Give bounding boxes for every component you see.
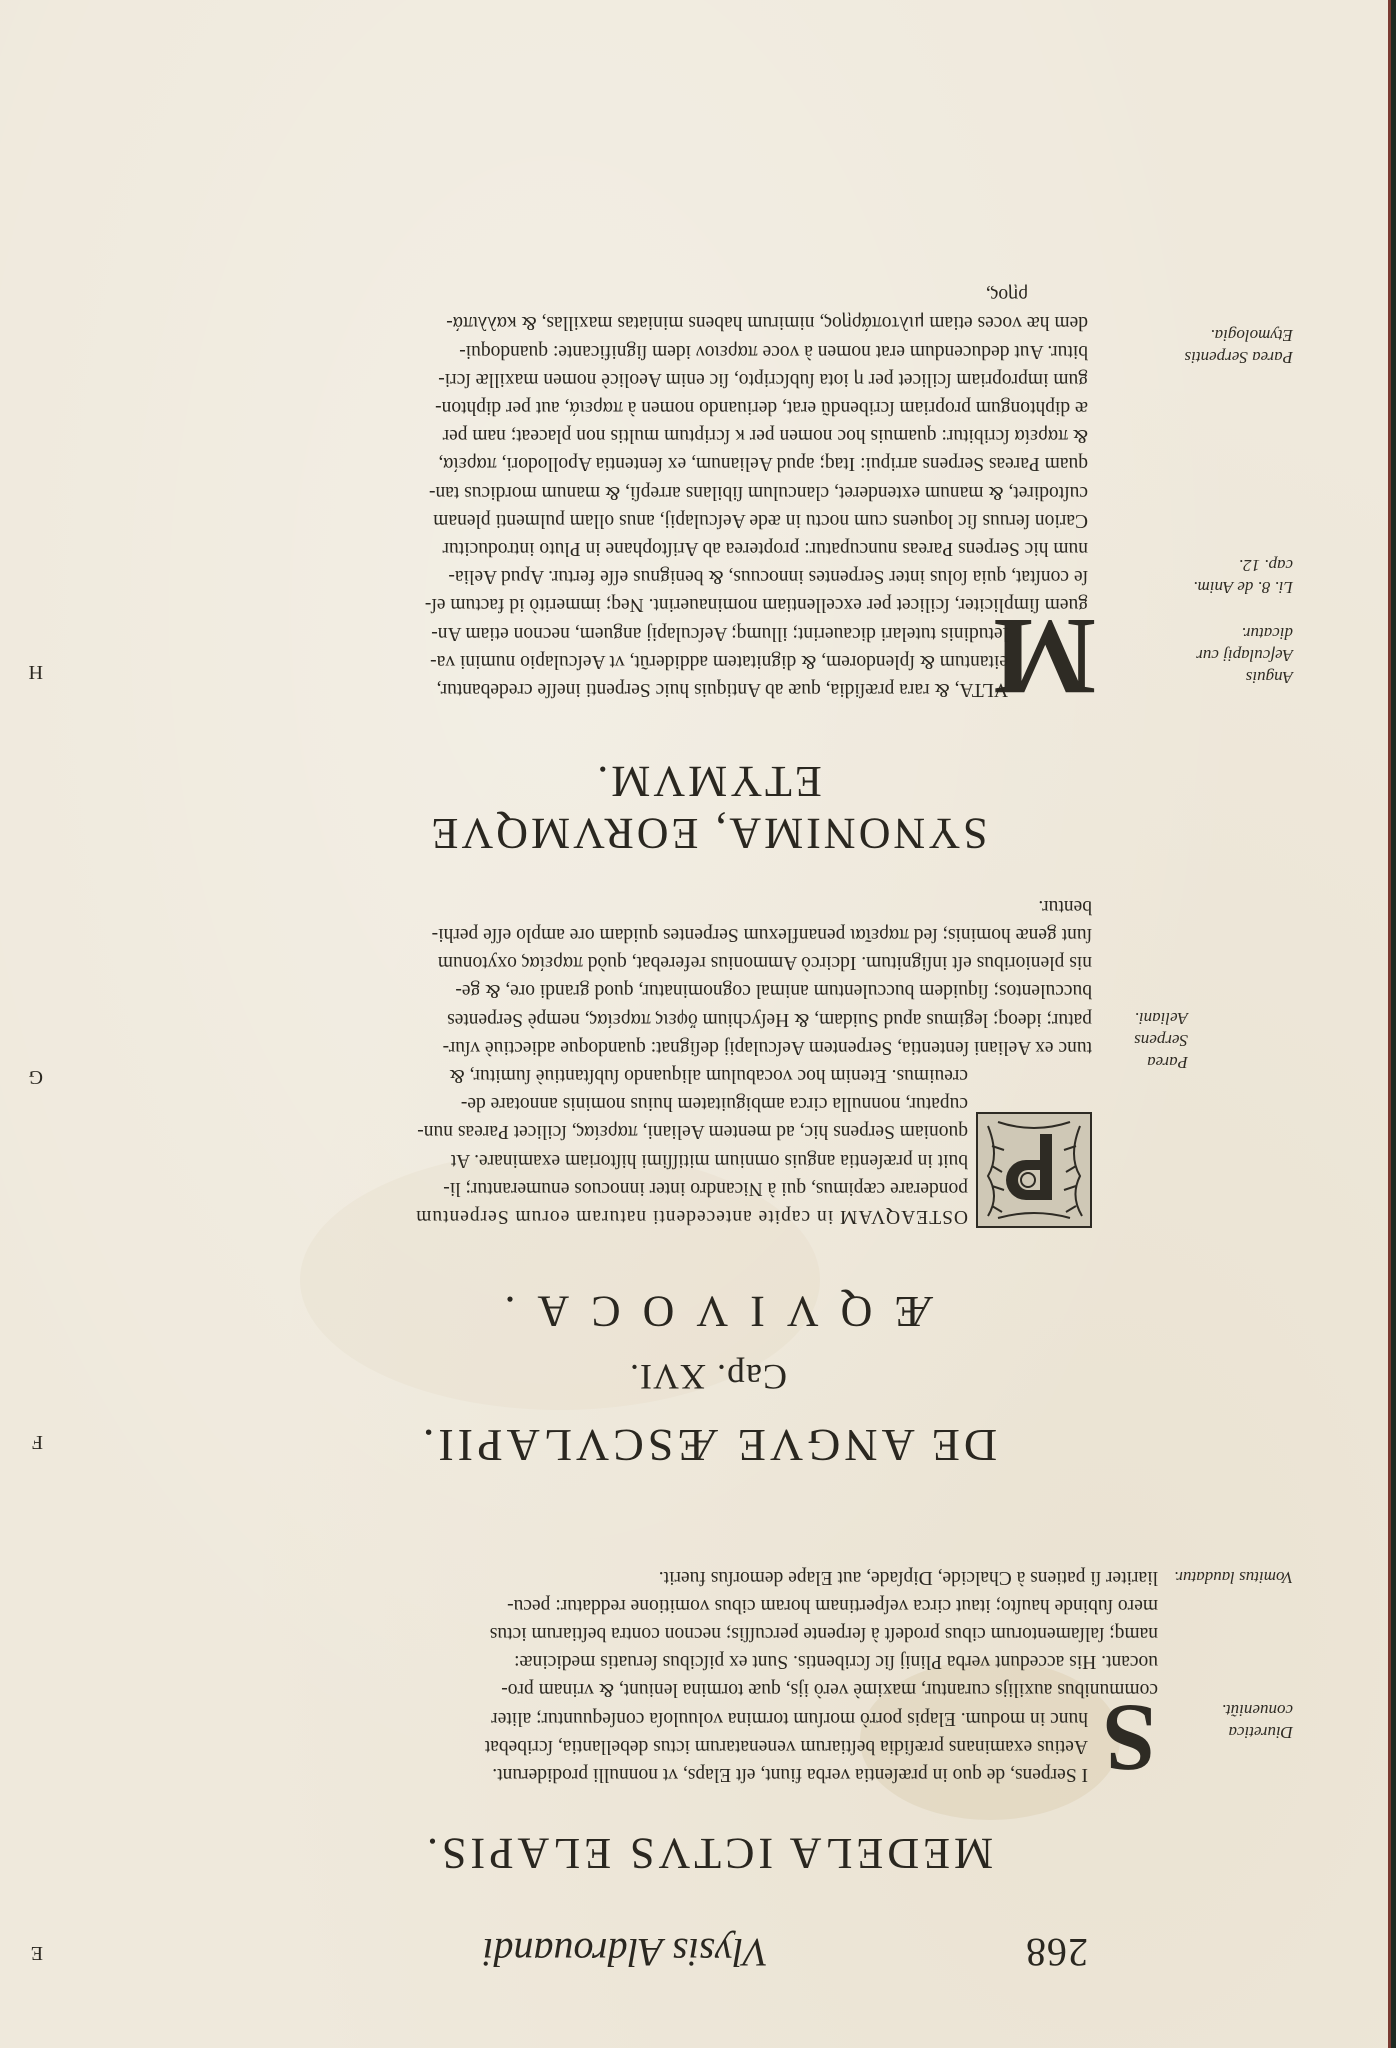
- text-line: Carion ſeruus ſic loquens cum noctu in æ…: [98, 506, 1088, 534]
- text-line: VLTA, & rara præſidia, quæ ab Antiquis h…: [98, 675, 1008, 703]
- text-line: quoniam Serpens hic, ad mentem Aeliani, …: [98, 1117, 968, 1145]
- text-line: ſunt genæ hominis; ſed παρεῖαι penanflex…: [98, 920, 1092, 948]
- text-line: ρῃος,: [98, 280, 1028, 308]
- text-line: & παρεία ſcribitur: quamuis hoc nomen pe…: [98, 421, 1088, 449]
- margin-note-reference: Li. 8. de Anim. cap. 12.: [1173, 554, 1293, 598]
- signature-mark-f: F: [32, 1430, 43, 1453]
- text-line: communibus auxilijs curantur, maximè ver…: [98, 1675, 1158, 1703]
- printed-content: 268 Vlysis Aldrouandi E MEDELA ICTVS ELA…: [0, 0, 1388, 2048]
- text-line: eitantum & ſplendorem, & dignitatem addi…: [98, 647, 1008, 675]
- text-line: creuimus. Etenim hoc vocabulum aliquando…: [98, 1061, 968, 1089]
- text-line: quam Pareas Serpens arripui: Itaq; apud …: [98, 449, 1088, 477]
- running-head-author: Vlysis Aldrouandi: [482, 1929, 768, 1976]
- text-line: liariter ſi patiens à Chalcide, Dipſade,…: [98, 1562, 1158, 1590]
- text-line: dem hæ voces etiam μιλτοπάρῃος, nimirum …: [98, 308, 1088, 336]
- chapter-title: DE ANGVE ÆSCVLAPII.: [258, 1420, 1158, 1470]
- text-line: buit in præſentia anguis omnium mitiſſim…: [98, 1145, 968, 1173]
- margin-note-vomitus: Vomitus laudatur.: [1173, 1566, 1293, 1588]
- text-line: Aetius examinans præſidia beſtiarum vene…: [98, 1732, 1088, 1760]
- margin-note-parea-serpens: Parea Serpens Aeliani.: [1098, 1007, 1188, 1073]
- signature-mark-h: H: [29, 660, 43, 683]
- text-line: letudinis tutelari dicauerint; illumq; A…: [98, 618, 1008, 646]
- section-heading-synonima: SYNONIMA, EORVMQVE: [258, 808, 1158, 858]
- paragraph-medela: I Serpens, de quo in præſentia verba fiu…: [98, 1562, 1088, 1788]
- margin-note-anguis-aesculapii: Anguis Aeſculapij cur dicatur.: [1173, 622, 1293, 688]
- page-number: 268: [1025, 1929, 1088, 1976]
- text-line: num hic Serpens Pareas nuncupatur: propt…: [98, 534, 1088, 562]
- text-line: mero ſubinde hauſto; itaut circa veſpert…: [98, 1591, 1158, 1619]
- paragraph-aequivoca: OSTEAQVAM in capite antecedenti naturam …: [98, 892, 1092, 1230]
- signature-mark-g: G: [29, 1065, 43, 1088]
- margin-note-etymologia: Parea Serpentis Etymologia.: [1173, 324, 1293, 368]
- text-line: patur; ideoq; legimus apud Suidam, & Heſ…: [98, 1004, 1092, 1032]
- signature-mark-e: E: [31, 1941, 43, 1964]
- scanned-page: 268 Vlysis Aldrouandi E MEDELA ICTVS ELA…: [0, 0, 1391, 2048]
- text-line: namq; ſalſamentorum cibus prodeſt à ſerp…: [98, 1619, 1158, 1647]
- text-line: uocant. His accedunt verba Plinij ſic ſc…: [98, 1647, 1158, 1675]
- text-line: nis plenioribus eſt inſignitum. Idcircò …: [98, 948, 1092, 976]
- text-line: hunc in modum. Elapis porrò morſum tormi…: [98, 1703, 1088, 1731]
- text-line: bucculentos; ſiquidem bucculentum animal…: [98, 976, 1092, 1004]
- subheading-aequivoca: ÆQVIVOCA.: [258, 1286, 1158, 1336]
- text-line: gum impropriam ſcilicet per η iota ſubſc…: [98, 365, 1088, 393]
- paragraph-synonima: VLTA, & rara præſidia, quæ ab Antiquis h…: [98, 280, 1088, 703]
- running-head: 268 Vlysis Aldrouandi: [0, 1926, 1388, 1976]
- text-line: bentur.: [98, 892, 1092, 920]
- section-heading-medela: MEDELA ICTVS ELAPIS.: [258, 1828, 1158, 1878]
- text-line: ponderare cæpimus, qui à Nicandro inter …: [98, 1174, 968, 1202]
- text-line: guem ſimpliciter, ſcilicet per excellent…: [98, 590, 1088, 618]
- text-line: bitur. Aut deducendum erat nomen à voce …: [98, 336, 1088, 364]
- text-line: I Serpens, de quo in præſentia verba fiu…: [98, 1760, 1088, 1788]
- text-line: ſe conſtat, quia ſolus inter Serpentes i…: [98, 562, 1088, 590]
- text-line: cupatur, nonnulla circa ambiguitatem hui…: [98, 1089, 968, 1117]
- margin-note-diuretica: Diuretica conueniũt.: [1173, 1699, 1293, 1743]
- chapter-number: Cap. XVI.: [258, 1356, 1158, 1398]
- section-heading-etymum: ETYMVM.: [258, 756, 1158, 806]
- text-line: æ diphtongum propriam ſcribendũ erat, de…: [98, 393, 1088, 421]
- text-line: OSTEAQVAM in capite antecedenti naturam …: [98, 1202, 968, 1230]
- text-line: tunc ex Aeliani ſententia, Serpentem Aeſ…: [98, 1033, 1092, 1061]
- text-line: cuſtodiret, & manum extenderet, clanculu…: [98, 477, 1088, 505]
- dropcap-s: S: [1103, 1698, 1156, 1778]
